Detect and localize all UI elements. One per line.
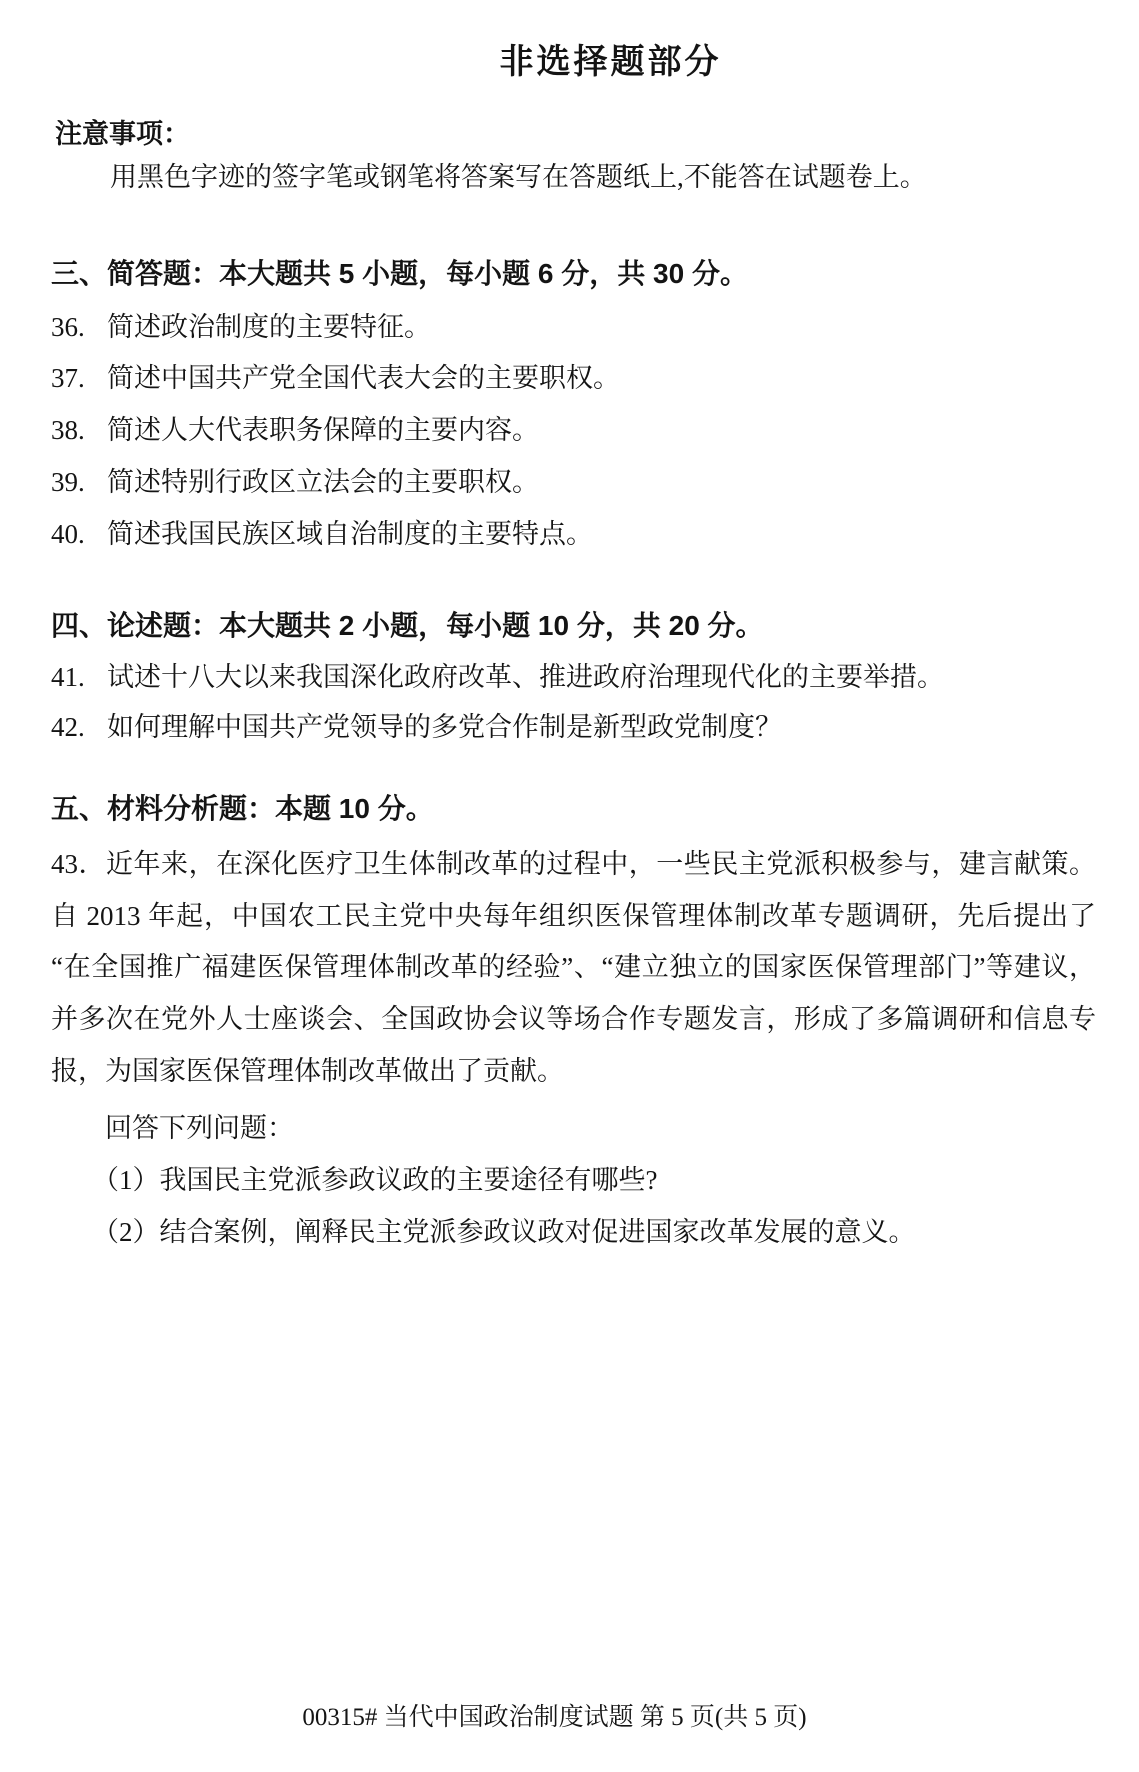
question-text: 试述十八大以来我国深化政府改革、推进政府治理现代化的主要举措。 [107, 661, 944, 693]
notice-label: 注意事项： [55, 118, 190, 150]
material-line: 自 2013 年起，中国农工民主党中央每年组织医保管理体制改革专题调研，先后提出… [51, 900, 1096, 932]
question-row-40: 40. 简述我国民族区域自治制度的主要特点。 [51, 518, 593, 550]
question-number: 41. [51, 661, 107, 693]
question-row-37: 37. 简述中国共产党全国代表大会的主要职权。 [51, 362, 620, 394]
question-text: 简述政治制度的主要特征。 [107, 311, 431, 343]
question-number: 36. [51, 311, 107, 343]
material-line: 43．近年来，在深化医疗卫生体制改革的过程中，一些民主党派积极参与，建言献策。 [51, 848, 1096, 880]
question-row-38: 38. 简述人大代表职务保障的主要内容。 [51, 414, 539, 446]
section-heading-3: 三、简答题：本大题共 5 小题，每小题 6 分，共 30 分。 [51, 257, 748, 291]
material-line: 并多次在党外人士座谈会、全国政协会议等场合作专题发言，形成了多篇调研和信息专 [51, 1003, 1096, 1035]
question-text: 简述特别行政区立法会的主要职权。 [107, 466, 539, 498]
section-heading-5: 五、材料分析题：本题 10 分。 [51, 792, 434, 826]
question-text: 简述人大代表职务保障的主要内容。 [107, 414, 539, 446]
question-number: 40. [51, 518, 107, 550]
question-number: 39. [51, 466, 107, 498]
section-heading-4: 四、论述题：本大题共 2 小题，每小题 10 分，共 20 分。 [51, 609, 764, 643]
material-line: “在全国推广福建医保管理体制改革的经验”、“建立独立的国家医保管理部门”等建议， [51, 951, 1096, 983]
answer-prompt: 回答下列问题： [105, 1112, 294, 1144]
question-row-39: 39. 简述特别行政区立法会的主要职权。 [51, 466, 539, 498]
notice-text: 用黑色字迹的签字笔或钢笔将答案写在答题纸上,不能答在试题卷上。 [110, 161, 927, 193]
subquestion-2: （2）结合案例，阐释民主党派参政议政对促进国家改革发展的意义。 [92, 1216, 916, 1248]
question-row-42: 42. 如何理解中国共产党领导的多党合作制是新型政党制度？ [51, 711, 782, 743]
material-line: 报，为国家医保管理体制改革做出了贡献。 [51, 1055, 1096, 1087]
question-text: 简述中国共产党全国代表大会的主要职权。 [107, 362, 620, 394]
page-title: 非选择题部分 [0, 42, 1139, 83]
exam-page: 非选择题部分 注意事项： 用黑色字迹的签字笔或钢笔将答案写在答题纸上,不能答在试… [0, 0, 1139, 1772]
question-text: 如何理解中国共产党领导的多党合作制是新型政党制度？ [107, 711, 782, 743]
page-footer: 00315# 当代中国政治制度试题 第 5 页(共 5 页) [0, 1703, 1139, 1733]
question-row-41: 41. 试述十八大以来我国深化政府改革、推进政府治理现代化的主要举措。 [51, 661, 944, 693]
question-number: 37. [51, 362, 107, 394]
question-text: 简述我国民族区域自治制度的主要特点。 [107, 518, 593, 550]
question-row-36: 36. 简述政治制度的主要特征。 [51, 311, 431, 343]
question-number: 38. [51, 414, 107, 446]
subquestion-1: （1）我国民主党派参政议政的主要途径有哪些? [92, 1164, 657, 1196]
question-number: 42. [51, 711, 107, 743]
